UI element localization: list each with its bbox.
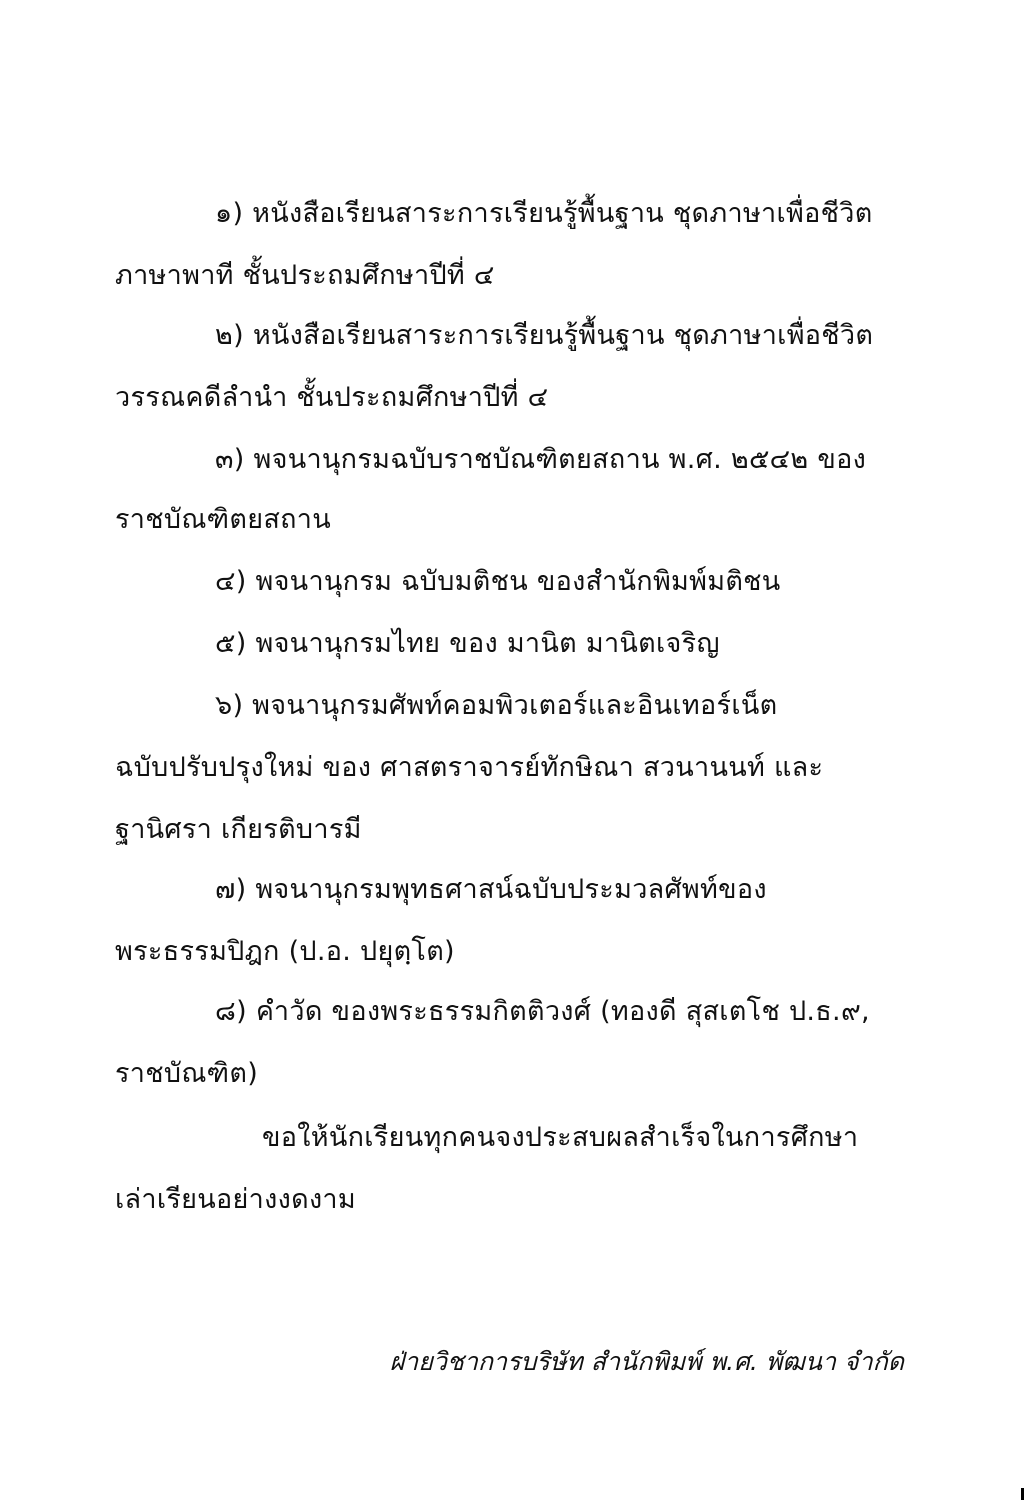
reference-item-2: ๒) หนังสือเรียนสาระการเรียนรู้พื้นฐาน ชุ… <box>215 316 873 356</box>
reference-item-8: ๘) คำวัด ของพระธรรมกิตติวงศ์ (ทองดี สุสเ… <box>215 992 870 1032</box>
publisher-signature: ฝ่ายวิชาการบริษัท สำนักพิมพ์ พ.ศ. พัฒนา … <box>390 1344 904 1380</box>
reference-item-2-continuation: วรรณคดีลำนำ ชั้นประถมศึกษาปีที่ ๔ <box>115 378 548 418</box>
item-text: หนังสือเรียนสาระการเรียนรู้พื้นฐาน ชุดภา… <box>252 198 872 229</box>
item-number: ๖) <box>215 690 243 721</box>
reference-item-5: ๕) พจนานุกรมไทย ของ มานิต มานิตเจริญ <box>215 624 720 664</box>
item-text: คำวัด ของพระธรรมกิตติวงศ์ (ทองดี สุสเตโช… <box>256 996 870 1027</box>
item-text: พจนานุกรม ฉบับมติชน ของสำนักพิมพ์มติชน <box>255 566 780 597</box>
closing-paragraph-continuation: เล่าเรียนอย่างงดงาม <box>115 1180 356 1220</box>
reference-item-7-continuation: พระธรรมปิฎก (ป.อ. ปยุตฺโต) <box>115 932 455 972</box>
reference-item-1: ๑) หนังสือเรียนสาระการเรียนรู้พื้นฐาน ชุ… <box>215 194 873 234</box>
reference-item-3: ๓) พจนานุกรมฉบับราชบัณฑิตยสถาน พ.ศ. ๒๕๔๒… <box>215 440 866 480</box>
item-number: ๘) <box>215 996 247 1027</box>
item-text: พจนานุกรมศัพท์คอมพิวเตอร์และอินเทอร์เน็ต <box>252 690 777 721</box>
item-number: ๑) <box>215 198 243 229</box>
reference-item-3-continuation: ราชบัณฑิตยสถาน <box>115 500 331 540</box>
reference-item-7: ๗) พจนานุกรมพุทธศาสน์ฉบับประมวลศัพท์ของ <box>215 870 767 910</box>
reference-item-6: ๖) พจนานุกรมศัพท์คอมพิวเตอร์และอินเทอร์เ… <box>215 686 777 726</box>
reference-item-6-continuation: ฉบับปรับปรุงใหม่ ของ ศาสตราจารย์ทักษิณา … <box>115 748 823 788</box>
item-number: ๗) <box>215 874 246 905</box>
closing-paragraph: ขอให้นักเรียนทุกคนจงประสบผลสำเร็จในการศึ… <box>262 1118 858 1158</box>
item-text: พจนานุกรมพุทธศาสน์ฉบับประมวลศัพท์ของ <box>255 874 767 905</box>
item-text: พจนานุกรมฉบับราชบัณฑิตยสถาน พ.ศ. ๒๕๔๒ ขอ… <box>253 444 866 475</box>
item-number: ๒) <box>215 320 244 351</box>
reference-item-1-continuation: ภาษาพาที ชั้นประถมศึกษาปีที่ ๔ <box>115 256 495 296</box>
item-text: พจนานุกรมไทย ของ มานิต มานิตเจริญ <box>255 628 719 659</box>
reference-item-8-continuation: ราชบัณฑิต) <box>115 1054 258 1094</box>
reference-item-4: ๔) พจนานุกรม ฉบับมติชน ของสำนักพิมพ์มติช… <box>215 562 781 602</box>
reference-item-6-continuation-2: ฐานิศรา เกียรติบารมี <box>115 810 362 850</box>
document-page: ๑) หนังสือเรียนสาระการเรียนรู้พื้นฐาน ชุ… <box>0 0 1024 1500</box>
item-text: หนังสือเรียนสาระการเรียนรู้พื้นฐาน ชุดภา… <box>253 320 873 351</box>
item-number: ๓) <box>215 444 245 475</box>
item-number: ๔) <box>215 566 247 597</box>
item-number: ๕) <box>215 628 247 659</box>
